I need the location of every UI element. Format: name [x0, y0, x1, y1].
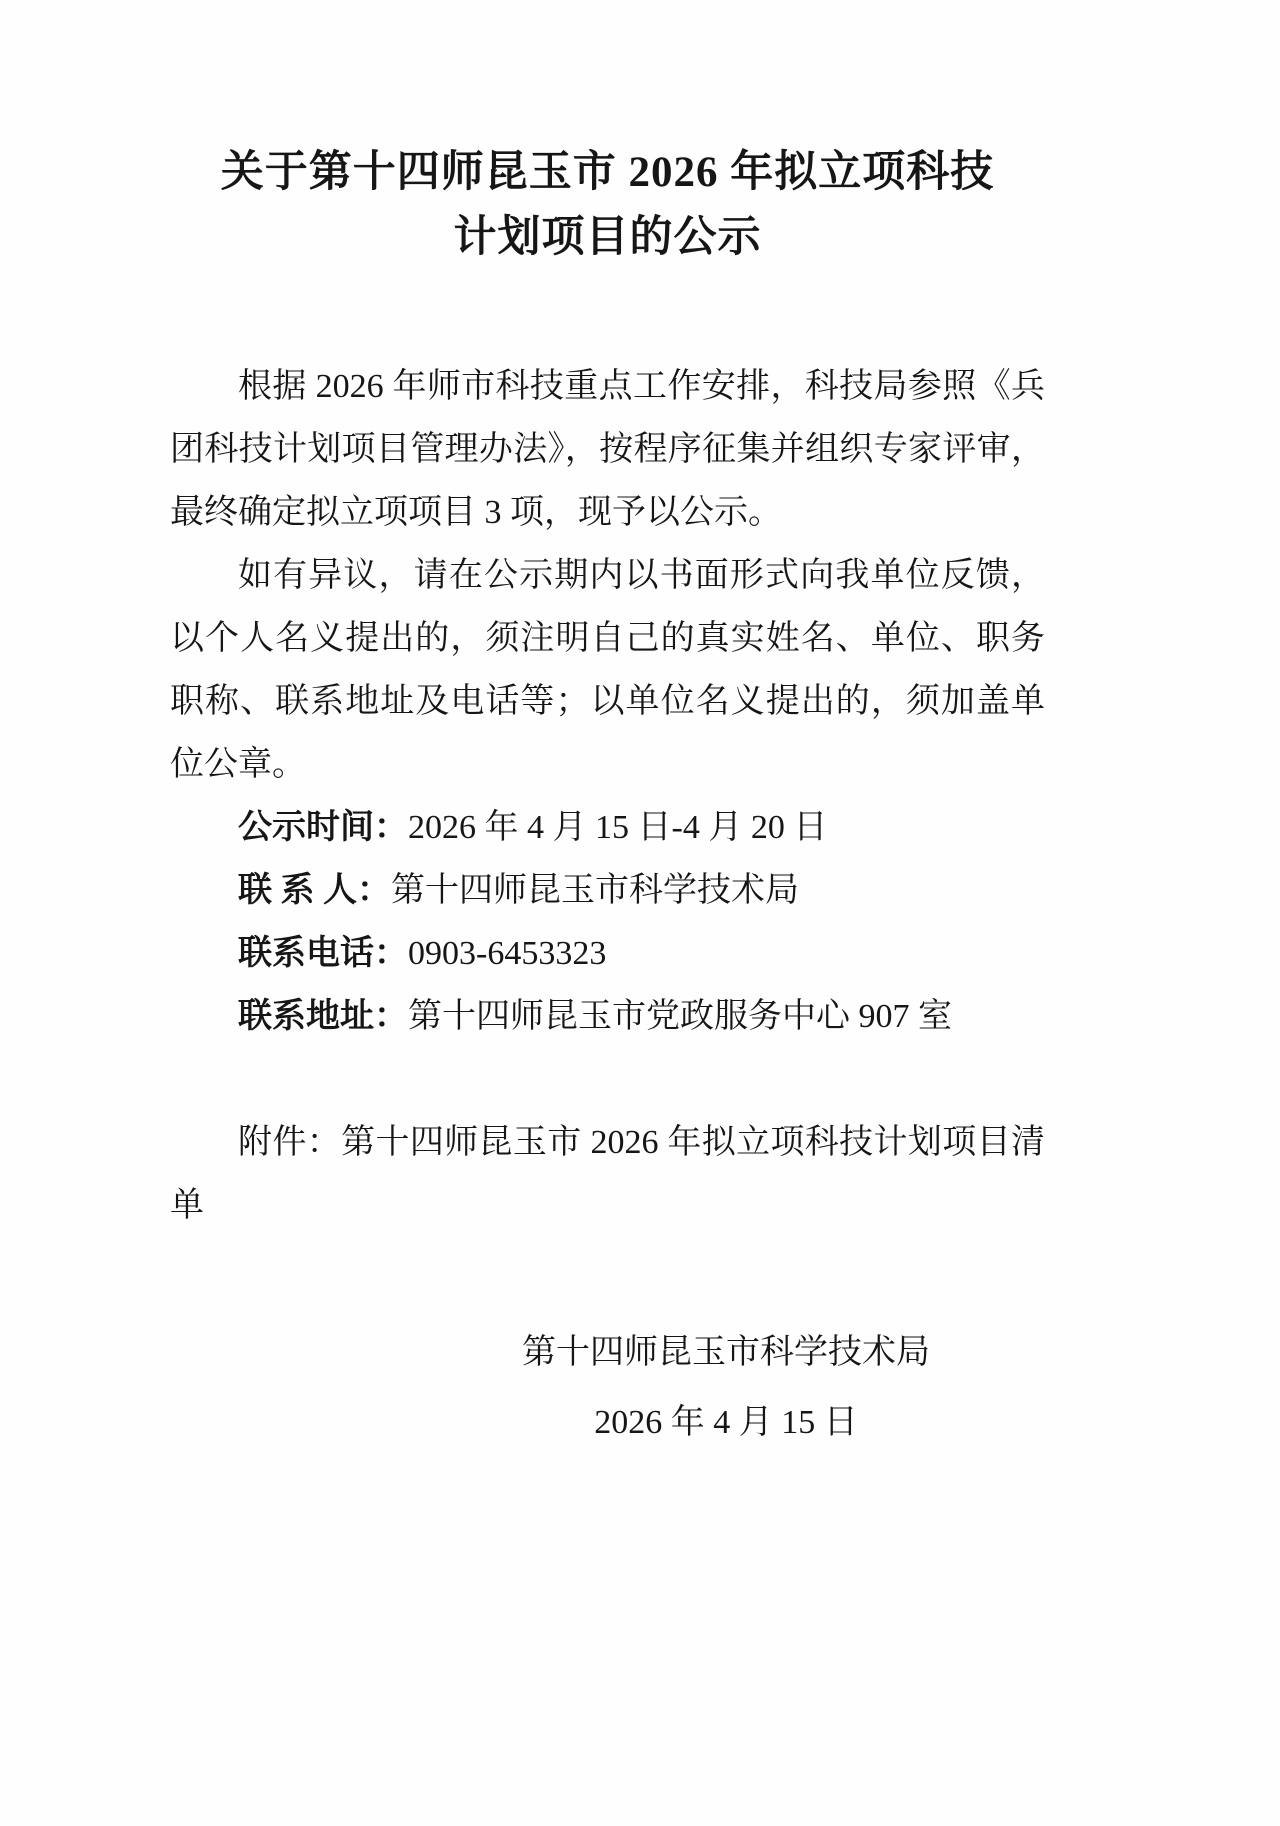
paragraph-basis: 根据 2026 年师市科技重点工作安排，科技局参照《兵团科技计划项目管理办法》，…: [170, 355, 1045, 544]
signature-inner: 第十四师昆玉市科学技术局 2026 年 4 月 15 日: [522, 1318, 930, 1458]
document-title: 关于第十四师昆玉市 2026 年拟立项科技 计划项目的公示: [170, 140, 1045, 270]
contact-phone-value: 0903-6453323: [408, 935, 606, 972]
document-title-line-1: 关于第十四师昆玉市 2026 年拟立项科技: [170, 140, 1045, 205]
contact-address-value: 第十四师昆玉市党政服务中心 907 室: [408, 998, 952, 1035]
publicity-period-line: 公示时间：2026 年 4 月 15 日-4 月 20 日: [170, 796, 1045, 859]
contact-address-line: 联系地址：第十四师昆玉市党政服务中心 907 室: [170, 985, 1045, 1048]
attachment-line: 附件：第十四师昆玉市 2026 年拟立项科技计划项目清单: [170, 1111, 1045, 1237]
contact-phone-line: 联系电话：0903-6453323: [170, 922, 1045, 985]
publicity-period-value: 2026 年 4 月 15 日-4 月 20 日: [408, 809, 827, 846]
document-page: 关于第十四师昆玉市 2026 年拟立项科技 计划项目的公示 根据 2026 年师…: [0, 0, 1280, 1826]
publicity-period-label: 公示时间：: [238, 809, 408, 846]
contact-phone-label: 联系电话：: [238, 935, 408, 972]
contact-person-label: 联 系 人：: [238, 872, 391, 909]
document-title-line-2: 计划项目的公示: [170, 205, 1045, 270]
signature-block: 第十四师昆玉市科学技术局 2026 年 4 月 15 日: [170, 1318, 1045, 1458]
signature-date: 2026 年 4 月 15 日: [522, 1388, 930, 1458]
contact-person-line: 联 系 人：第十四师昆玉市科学技术局: [170, 859, 1045, 922]
paragraph-objection: 如有异议，请在公示期内以书面形式向我单位反馈，以个人名义提出的，须注明自己的真实…: [170, 544, 1045, 796]
document-body: 根据 2026 年师市科技重点工作安排，科技局参照《兵团科技计划项目管理办法》，…: [170, 355, 1045, 1458]
contact-person-value: 第十四师昆玉市科学技术局: [391, 872, 799, 909]
document-content: 关于第十四师昆玉市 2026 年拟立项科技 计划项目的公示 根据 2026 年师…: [170, 0, 1045, 1458]
contact-address-label: 联系地址：: [238, 998, 408, 1035]
signature-organization: 第十四师昆玉市科学技术局: [522, 1318, 930, 1388]
